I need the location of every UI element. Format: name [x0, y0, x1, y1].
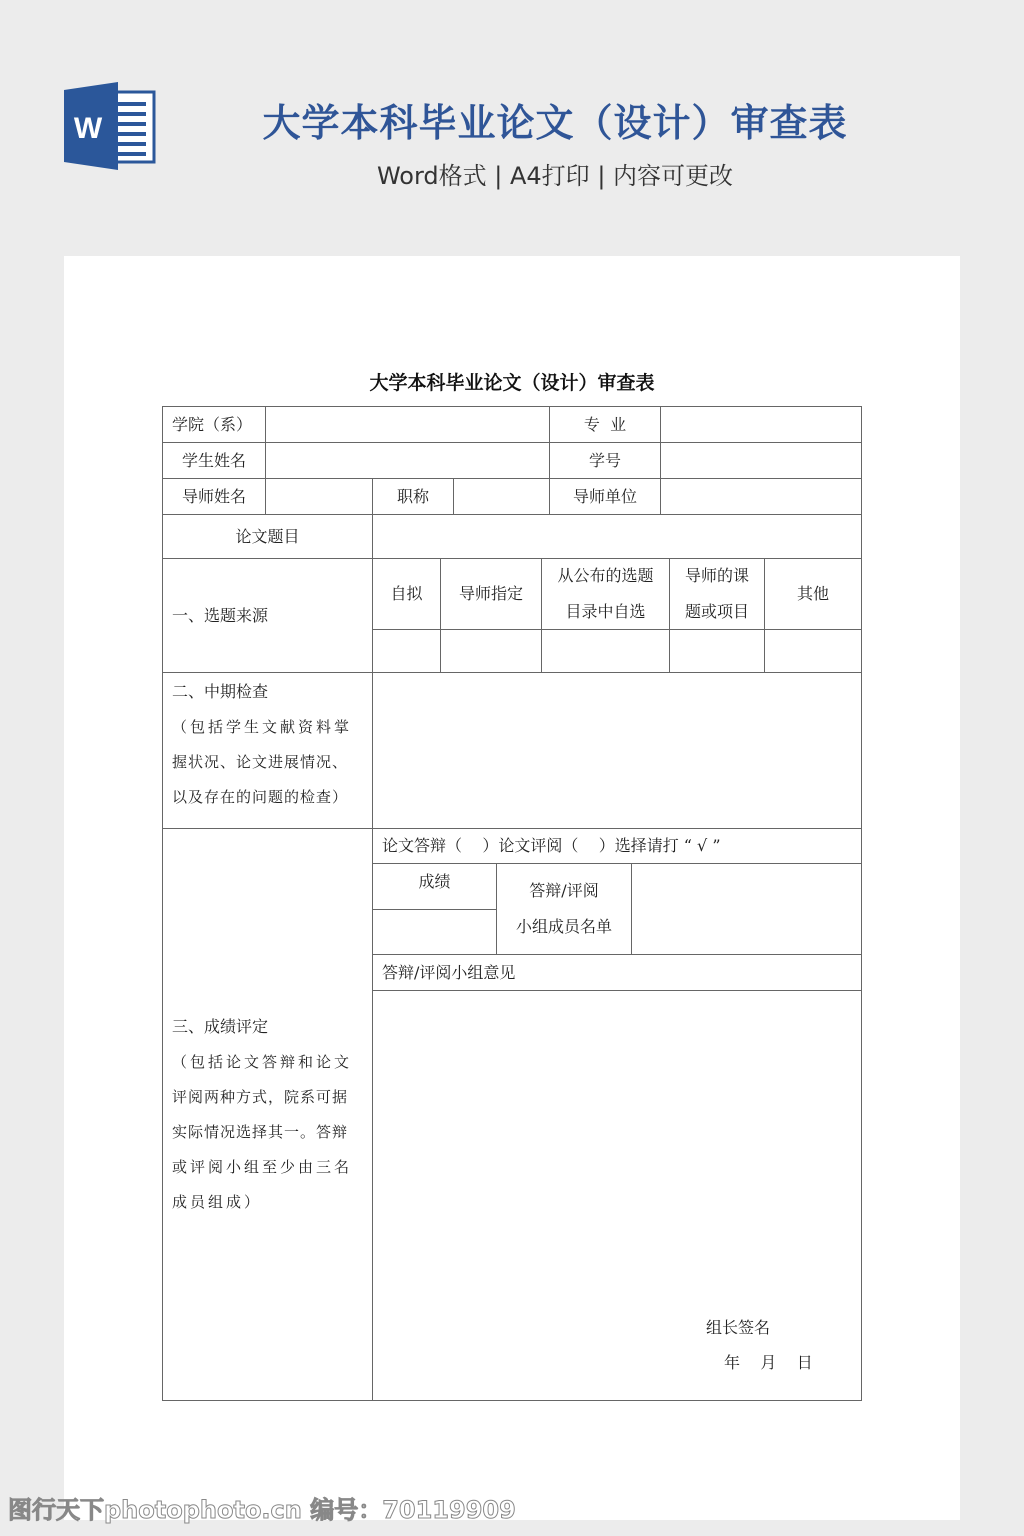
grading-label-cell: 三、成绩评定 （包括论文答辩和论文 评阅两种方式，院系可据 实际情况选择其一。答…	[162, 828, 373, 1401]
document-title: 大学本科毕业论文（设计）审查表	[162, 368, 862, 395]
topic-check-self[interactable]	[372, 629, 441, 673]
option-line: 从公布的选题	[557, 558, 653, 594]
advisor-name-field[interactable]	[265, 478, 373, 515]
topic-check-advisor-project[interactable]	[669, 629, 765, 673]
topic-check-advisor-assigned[interactable]	[440, 629, 542, 673]
grading-label: 三、成绩评定	[172, 1009, 268, 1045]
midterm-label: 二、中期检查	[172, 674, 268, 710]
option-line: 目录中自选	[565, 594, 645, 630]
svg-text:W: W	[74, 112, 103, 145]
members-field[interactable]	[631, 863, 862, 955]
score-label: 成绩	[372, 863, 497, 910]
members-label-line: 答辩/评阅	[529, 873, 598, 909]
banner-subtitle: Word格式 | A4打印 | 内容可更改	[200, 156, 910, 191]
student-id-field[interactable]	[660, 442, 862, 479]
score-field[interactable]	[372, 909, 497, 955]
opinion-field[interactable]	[372, 990, 862, 1401]
topic-source-label: 一、选题来源	[162, 558, 373, 673]
advisor-title-label: 职称	[372, 478, 454, 515]
option-line: 导师的课	[685, 558, 749, 594]
major-field[interactable]	[660, 406, 862, 443]
thesis-topic-field[interactable]	[372, 514, 862, 559]
topic-option-published-list: 从公布的选题 目录中自选	[541, 558, 670, 630]
advisor-unit-field[interactable]	[660, 478, 862, 515]
topic-check-published-list[interactable]	[541, 629, 670, 673]
banner-title: 大学本科毕业论文（设计）审查表	[200, 92, 910, 147]
college-label: 学院（系）	[162, 406, 266, 443]
advisor-title-field[interactable]	[453, 478, 550, 515]
major-label: 专 业	[549, 406, 661, 443]
student-name-field[interactable]	[265, 442, 550, 479]
advisor-unit-label: 导师单位	[549, 478, 661, 515]
topic-option-other: 其他	[764, 558, 862, 630]
advisor-name-label: 导师姓名	[162, 478, 266, 515]
topic-option-advisor-project: 导师的课 题或项目	[669, 558, 765, 630]
grading-note-line: 成员组成）	[172, 1185, 262, 1220]
midterm-note-line: 以及存在的问题的检查）	[172, 780, 348, 815]
midterm-note-line: （包括学生文献资料掌	[172, 710, 352, 745]
opinion-label: 答辩/评阅小组意见	[372, 954, 862, 991]
midterm-note-line: 握状况、论文进展情况、	[172, 745, 348, 780]
grading-note-line: 实际情况选择其一。答辩	[172, 1115, 348, 1150]
topic-option-self: 自拟	[372, 558, 441, 630]
grading-note-line: （包括论文答辩和论文	[172, 1045, 352, 1080]
word-icon: W	[64, 82, 156, 170]
leader-signature-label: 组长签名	[706, 1315, 770, 1338]
student-name-label: 学生姓名	[162, 442, 266, 479]
grading-note-line: 或评阅小组至少由三名	[172, 1150, 352, 1185]
date-label: 年 月 日	[724, 1350, 813, 1373]
watermark: 图行天下photophoto.cn 编号：70119909	[8, 1490, 516, 1525]
members-label: 答辩/评阅 小组成员名单	[496, 863, 632, 955]
student-id-label: 学号	[549, 442, 661, 479]
grading-note-line: 评阅两种方式，院系可据	[172, 1080, 348, 1115]
college-field[interactable]	[265, 406, 550, 443]
topic-check-other[interactable]	[764, 629, 862, 673]
thesis-topic-label: 论文题目	[162, 514, 373, 559]
midterm-field[interactable]	[372, 672, 862, 829]
members-label-line: 小组成员名单	[516, 909, 612, 945]
topic-option-advisor-assigned: 导师指定	[440, 558, 542, 630]
midterm-label-cell: 二、中期检查 （包括学生文献资料掌 握状况、论文进展情况、 以及存在的问题的检查…	[162, 672, 373, 829]
grading-method-line[interactable]: 论文答辩（ ）论文评阅（ ）选择请打 “ √ ”	[372, 828, 862, 864]
option-line: 题或项目	[685, 594, 749, 630]
